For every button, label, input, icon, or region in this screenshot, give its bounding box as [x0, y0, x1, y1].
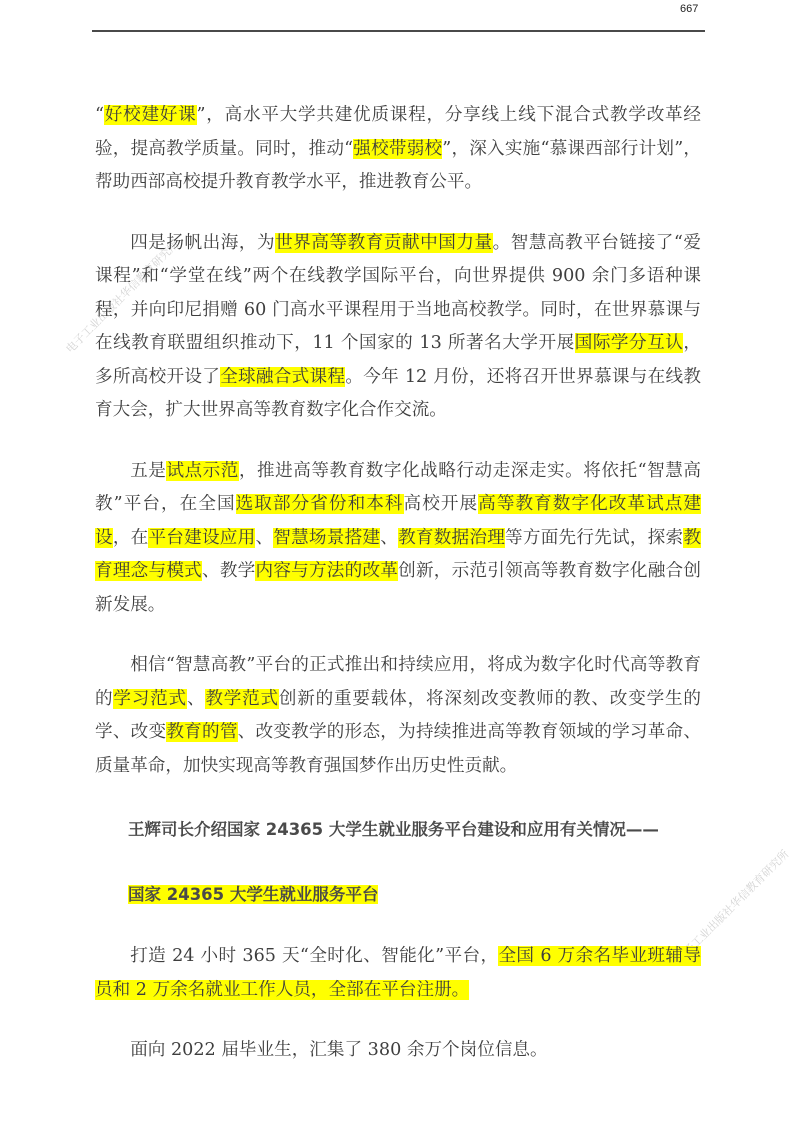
highlighted-text: 教学范式: [205, 689, 279, 709]
text-run: 高校开展: [404, 494, 479, 514]
paragraph-2: 四是扬帆出海，为世界高等教育贡献中国力量。智慧高教平台链接了“爱课程”和“学堂在…: [95, 227, 701, 428]
highlighted-text: 世界高等教育贡献中国力量: [275, 233, 492, 253]
paragraph-1: “好校建好课”，高水平大学共建优质课程，分享线上线下混合式教学改革经验，提高教学…: [95, 99, 701, 200]
text-run: 、教学: [202, 561, 256, 581]
text-run: ，在: [113, 528, 149, 548]
text-run: 、: [255, 528, 273, 548]
page-number: 667: [680, 3, 698, 15]
highlighted-text: 教育数据治理: [398, 528, 505, 548]
header-rule: [92, 30, 705, 32]
highlighted-text: 好校建好课: [104, 105, 197, 125]
platform-title: 国家 24365 大学生就业服务平台: [95, 878, 701, 912]
section-heading-text: 王辉司长介绍国家 24365 大学生就业服务平台建设和应用有关情况——: [128, 820, 659, 839]
text-run: 五是: [130, 461, 166, 481]
text-run: 面向 2022 届毕业生，汇集了 380 余万个岗位信息。: [130, 1040, 547, 1060]
section-heading: 王辉司长介绍国家 24365 大学生就业服务平台建设和应用有关情况——: [95, 813, 701, 847]
highlighted-text: 平台建设应用: [148, 528, 255, 548]
highlighted-text: 教育的管: [166, 722, 237, 742]
paragraph-6: 面向 2022 届毕业生，汇集了 380 余万个岗位信息。: [95, 1034, 701, 1068]
text-run: “: [95, 105, 104, 125]
highlighted-text: 智慧场景搭建: [273, 528, 380, 548]
text-run: 、: [380, 528, 398, 548]
highlighted-text: 学习范式: [113, 689, 187, 709]
paragraph-5: 打造 24 小时 365 天“全时化、智能化”平台，全国 6 万余名毕业班辅导员…: [95, 940, 701, 1007]
highlighted-text: 强校带弱校: [353, 139, 442, 159]
highlighted-text: 国际学分互认: [575, 333, 684, 353]
paragraph-3: 五是试点示范，推进高等教育数字化战略行动走深走实。将依托“智慧高教”平台，在全国…: [95, 455, 701, 623]
highlighted-text: 试点示范: [166, 461, 239, 481]
highlighted-text: 选取部分省份和本科: [236, 494, 404, 514]
document-body: “好校建好课”，高水平大学共建优质课程，分享线上线下混合式教学改革经验，提高教学…: [95, 99, 701, 1068]
text-run: 等方面先行先试，探索: [505, 528, 683, 548]
highlighted-text: 全球融合式课程: [220, 367, 345, 387]
highlighted-text: 内容与方法的改革: [255, 561, 398, 581]
text-run: 打造 24 小时 365 天“全时化、智能化”平台，: [130, 946, 498, 966]
paragraph-4: 相信“智慧高教”平台的正式推出和持续应用，将成为数字化时代高等教育的学习范式、教…: [95, 649, 701, 783]
text-run: 四是扬帆出海，为: [130, 233, 275, 253]
platform-title-text: 国家 24365 大学生就业服务平台: [128, 885, 378, 904]
text-run: 、: [187, 689, 205, 709]
